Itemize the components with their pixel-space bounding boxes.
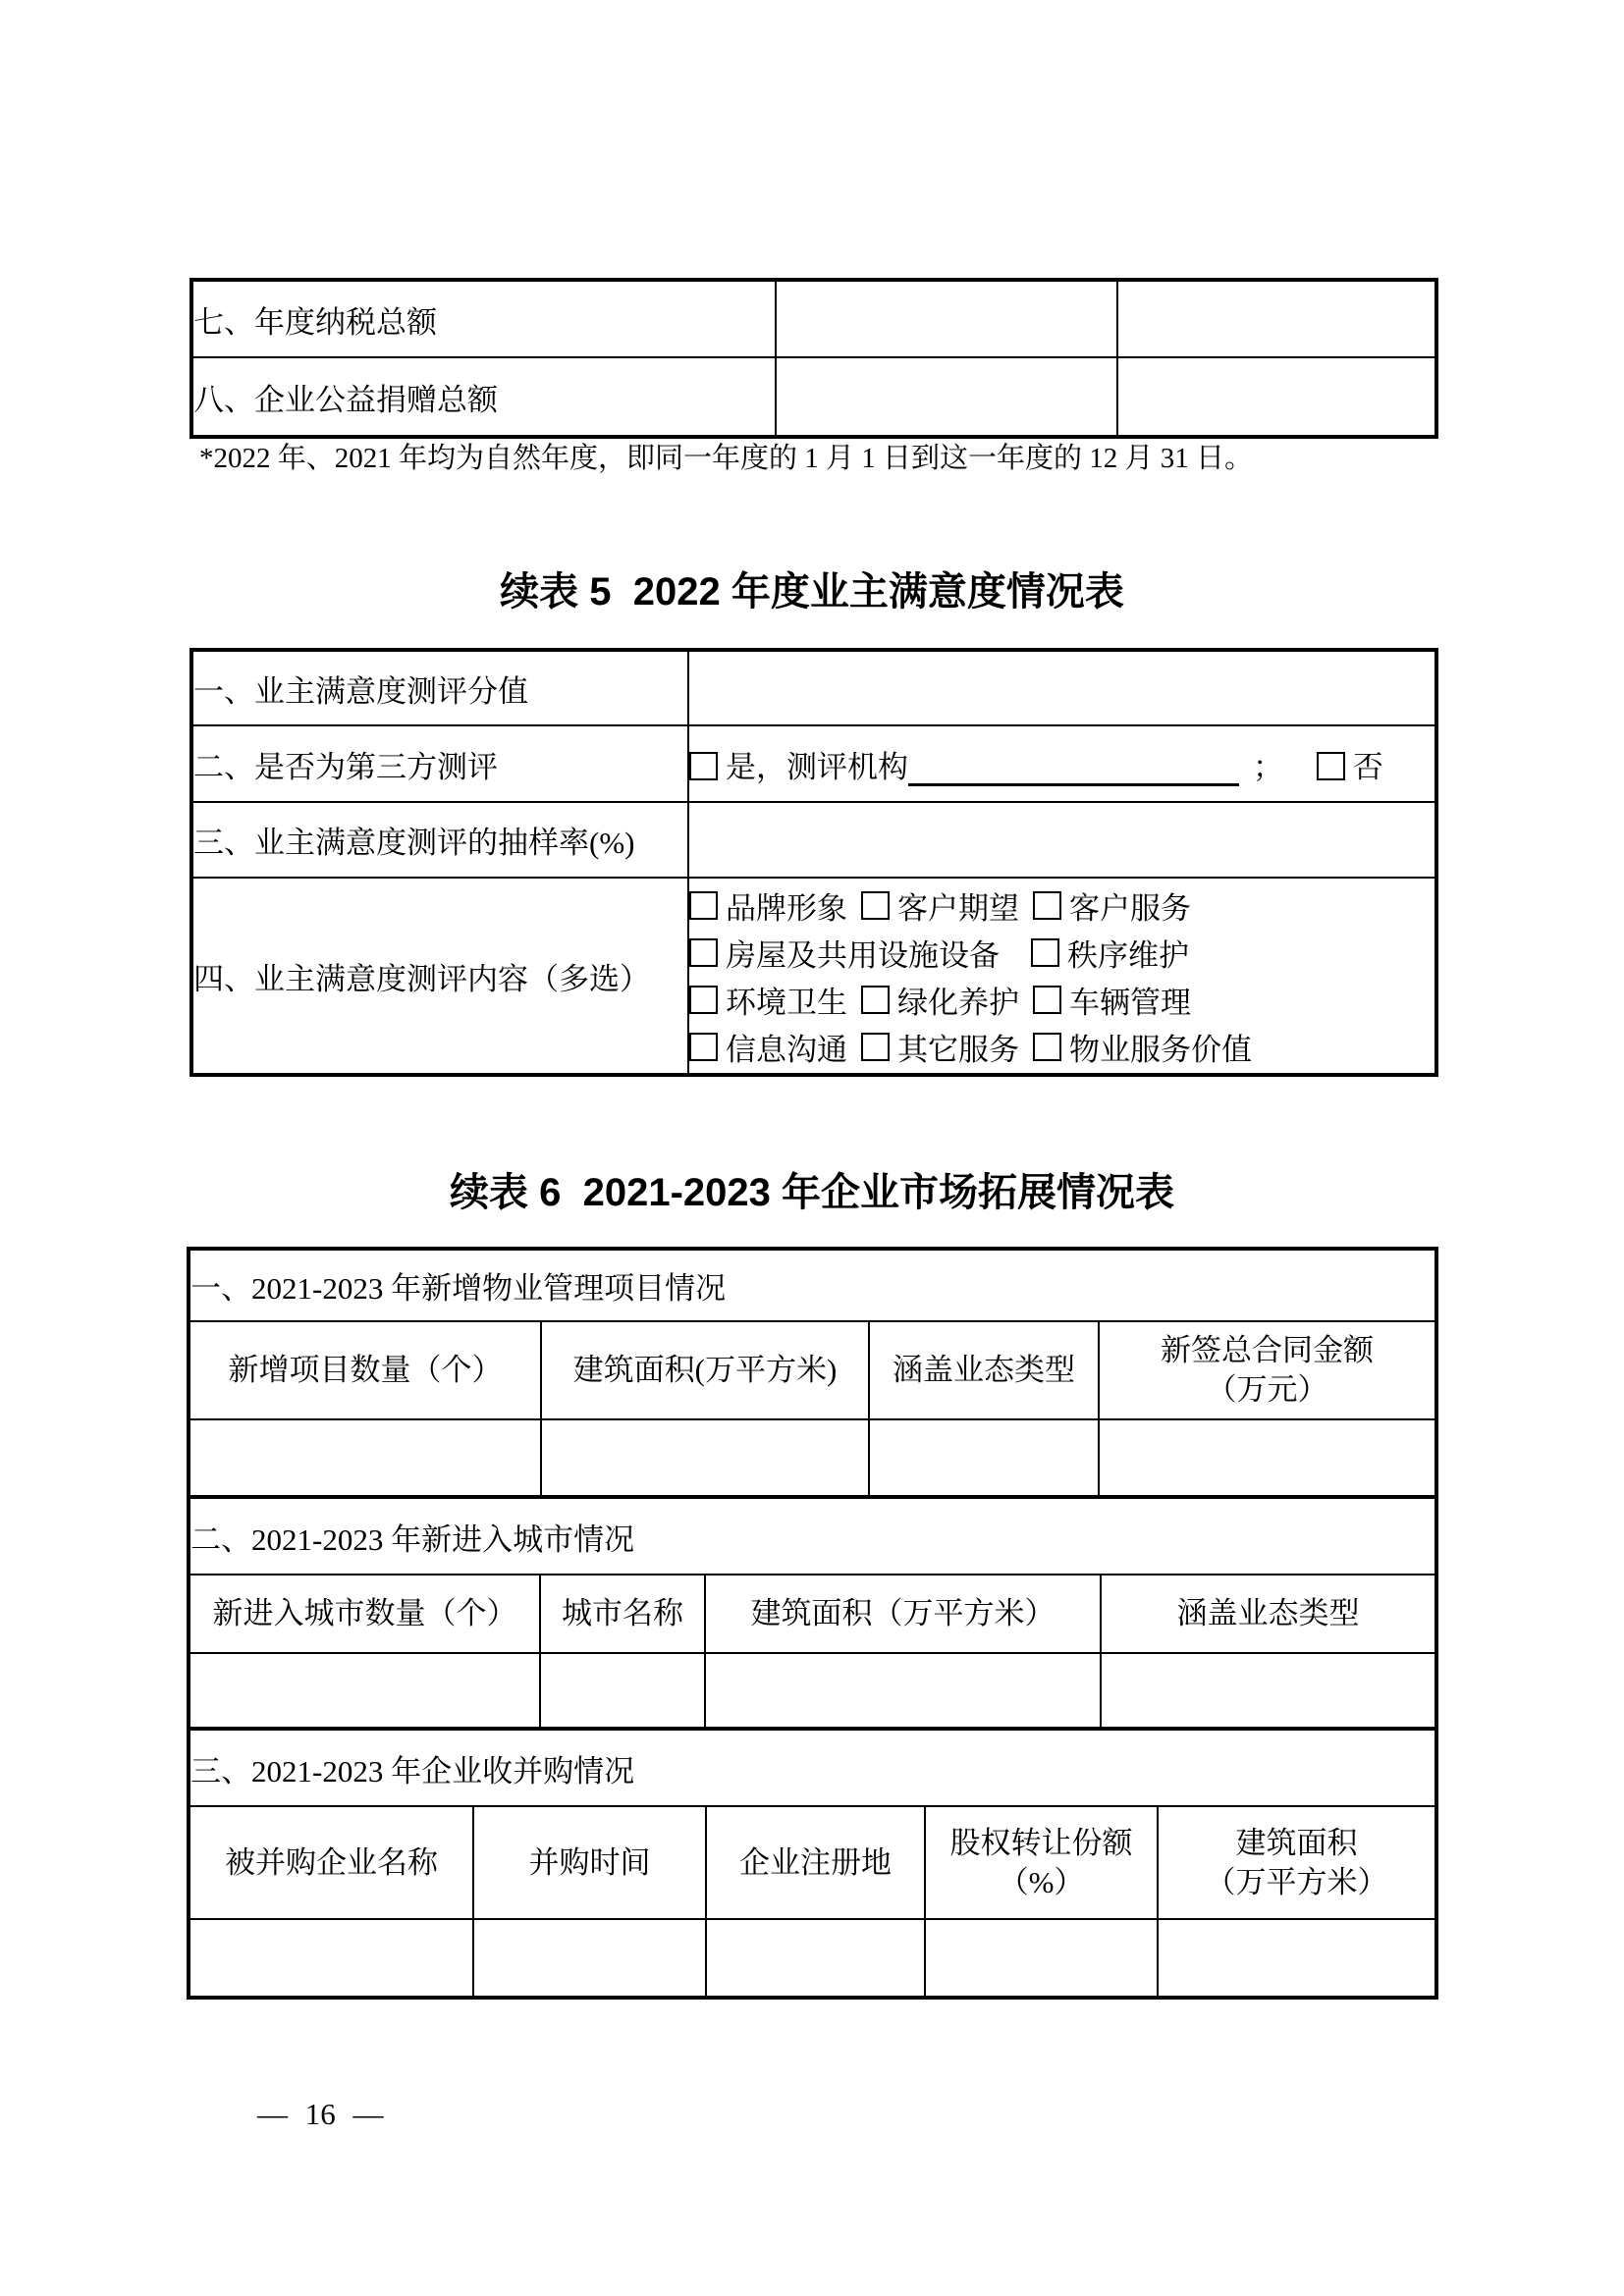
col-header-acquisition-time: 并购时间: [473, 1806, 706, 1919]
empty-cell: [190, 1919, 473, 1996]
option-item: 客户期望: [861, 883, 1019, 928]
header-line-1: 股权转让份额: [926, 1824, 1157, 1863]
footnote-natural-year: *2022 年、2021 年均为自然年度，即同一年度的 1 月 1 日到这一年度…: [199, 441, 1456, 476]
option-label: 物业服务价值: [1069, 1025, 1252, 1069]
option-label: 环境卫生: [726, 978, 847, 1022]
checkbox-icon[interactable]: [689, 891, 718, 920]
option-label: 房屋及共用设施设备: [726, 931, 1000, 975]
option-item: 房屋及共用设施设备: [689, 931, 1000, 975]
option-item: 车辆管理: [1033, 978, 1191, 1022]
section2-header: 二、2021-2023 年新进入城市情况: [190, 1498, 1435, 1575]
col-header-acquired-company: 被并购企业名称: [190, 1806, 473, 1919]
col-header-new-city-count: 新进入城市数量（个）: [190, 1575, 540, 1653]
document-page: 七、年度纳税总额 八、企业公益捐赠总额 *2022 年、2021 年均为自然年度…: [0, 0, 1624, 2296]
evaluation-agency-blank-field[interactable]: [908, 750, 1239, 786]
empty-cell: [869, 1419, 1099, 1496]
option-label: 信息沟通: [726, 1025, 847, 1069]
options-line-3: 环境卫生 绿化养护 车辆管理: [689, 976, 1435, 1023]
col-header-registration-place: 企业注册地: [706, 1806, 925, 1919]
section-header-row: 三、2021-2023 年企业收并购情况: [190, 1730, 1435, 1806]
option-item: 物业服务价值: [1033, 1025, 1252, 1069]
section-new-projects: 一、2021-2023 年新增物业管理项目情况 新增项目数量（个） 建筑面积(万…: [190, 1251, 1435, 1497]
empty-cell: [688, 650, 1436, 725]
row-label-evaluation-content: 四、业主满意度测评内容（多选）: [191, 878, 688, 1075]
table-row: 二、是否为第三方测评 是，测评机构； 否: [191, 725, 1436, 802]
section-header-row: 一、2021-2023 年新增物业管理项目情况: [190, 1251, 1435, 1321]
col-header-equity-share: 股权转让份额 （%）: [925, 1806, 1158, 1919]
checkbox-icon[interactable]: [1033, 891, 1061, 920]
table-row: 四、业主满意度测评内容（多选） 品牌形象 客户期望 客户服务 房屋及共用设施设备…: [191, 878, 1436, 1075]
checkbox-icon[interactable]: [689, 938, 718, 967]
checkbox-icon[interactable]: [861, 891, 890, 920]
table-row: 七、年度纳税总额: [191, 280, 1436, 357]
semicolon-separator: ；: [1253, 750, 1283, 784]
table-row: [190, 1653, 1435, 1728]
option-label: 绿化养护: [897, 978, 1019, 1022]
empty-cell: [925, 1919, 1158, 1996]
option-item: 绿化养护: [861, 978, 1019, 1022]
column-header-row: 新进入城市数量（个） 城市名称 建筑面积（万平方米） 涵盖业态类型: [190, 1575, 1435, 1653]
col-header-building-area: 建筑面积（万平方米）: [705, 1575, 1101, 1653]
empty-cell: [540, 1653, 705, 1728]
empty-cell: [1117, 280, 1436, 357]
third-party-answer-cell: 是，测评机构； 否: [688, 725, 1436, 802]
column-header-row: 新增项目数量（个） 建筑面积(万平方米) 涵盖业态类型 新签总合同金额 （万元）: [190, 1321, 1435, 1419]
row-label-satisfaction-score: 一、业主满意度测评分值: [191, 650, 688, 725]
col-header-building-area: 建筑面积 （万平方米）: [1158, 1806, 1435, 1919]
empty-cell: [190, 1653, 540, 1728]
option-item: 秩序维护: [1031, 931, 1189, 975]
table-row: 一、业主满意度测评分值: [191, 650, 1436, 725]
checkbox-icon-no[interactable]: [1317, 752, 1345, 780]
checkbox-icon[interactable]: [1033, 1033, 1061, 1061]
empty-cell: [776, 280, 1117, 357]
option-item: 客户服务: [1033, 883, 1191, 928]
option-label: 车辆管理: [1069, 978, 1191, 1022]
column-header-row: 被并购企业名称 并购时间 企业注册地 股权转让份额 （%） 建筑面积 （万平方米…: [190, 1806, 1435, 1919]
header-line-1: 建筑面积: [1159, 1824, 1435, 1863]
empty-cell: [688, 802, 1436, 878]
third-party-no-label: 否: [1353, 750, 1383, 784]
option-label: 秩序维护: [1067, 931, 1189, 975]
options-line-2: 房屋及共用设施设备 秩序维护: [689, 929, 1435, 976]
table5-title: 续表 5 2022 年度业主满意度情况表: [0, 569, 1624, 614]
table-row: 三、业主满意度测评的抽样率(%): [191, 802, 1436, 878]
option-label: 客户服务: [1069, 883, 1191, 928]
options-line-4: 信息沟通 其它服务 物业服务价值: [689, 1023, 1435, 1070]
option-label: 品牌形象: [726, 883, 847, 928]
options-line-1: 品牌形象 客户期望 客户服务: [689, 881, 1435, 929]
section-new-cities: 二、2021-2023 年新进入城市情况 新进入城市数量（个） 城市名称 建筑面…: [190, 1497, 1435, 1729]
empty-cell: [1117, 357, 1436, 437]
col-header-building-area: 建筑面积(万平方米): [541, 1321, 869, 1419]
row-label-annual-tax: 七、年度纳税总额: [191, 280, 776, 357]
section3-header: 三、2021-2023 年企业收并购情况: [190, 1730, 1435, 1806]
header-line-2: （万元）: [1100, 1370, 1435, 1410]
col-header-business-types: 涵盖业态类型: [1101, 1575, 1435, 1653]
empty-cell: [473, 1919, 706, 1996]
section-header-row: 二、2021-2023 年新进入城市情况: [190, 1498, 1435, 1575]
col-header-city-name: 城市名称: [540, 1575, 705, 1653]
option-item: 其它服务: [861, 1025, 1019, 1069]
empty-cell: [776, 357, 1117, 437]
col-header-business-types: 涵盖业态类型: [869, 1321, 1099, 1419]
evaluation-content-options-cell: 品牌形象 客户期望 客户服务 房屋及共用设施设备 秩序维护 环境卫生 绿化养护 …: [688, 878, 1436, 1075]
row-label-sampling-rate: 三、业主满意度测评的抽样率(%): [191, 802, 688, 878]
option-label: 客户期望: [897, 883, 1019, 928]
checkbox-icon-yes[interactable]: [689, 752, 718, 780]
table-row: [190, 1419, 1435, 1496]
empty-cell: [1158, 1919, 1435, 1996]
header-line-2: （万平方米）: [1159, 1863, 1435, 1902]
empty-cell: [190, 1419, 541, 1496]
empty-cell: [705, 1653, 1101, 1728]
header-line-1: 新签总合同金额: [1100, 1331, 1435, 1370]
empty-cell: [1101, 1653, 1435, 1728]
row-label-third-party: 二、是否为第三方测评: [191, 725, 688, 802]
market-expansion-table: 一、2021-2023 年新增物业管理项目情况 新增项目数量（个） 建筑面积(万…: [187, 1247, 1438, 2000]
table-row: [190, 1919, 1435, 1996]
checkbox-icon[interactable]: [861, 1033, 890, 1061]
option-label: 其它服务: [897, 1025, 1019, 1069]
table6-title: 续表 6 2021-2023 年企业市场拓展情况表: [0, 1170, 1624, 1215]
section1-header: 一、2021-2023 年新增物业管理项目情况: [190, 1251, 1435, 1321]
empty-cell: [706, 1919, 925, 1996]
checkbox-icon[interactable]: [1033, 986, 1061, 1014]
row-label-charity-donation: 八、企业公益捐赠总额: [191, 357, 776, 437]
page-number: — 16 —: [257, 2097, 384, 2132]
checkbox-icon[interactable]: [689, 986, 718, 1014]
third-party-yes-label: 是，测评机构: [726, 750, 908, 784]
checkbox-icon[interactable]: [861, 986, 890, 1014]
section-mergers-acquisitions: 三、2021-2023 年企业收并购情况 被并购企业名称 并购时间 企业注册地 …: [190, 1729, 1435, 1996]
col-header-new-contract-amount: 新签总合同金额 （万元）: [1099, 1321, 1435, 1419]
option-item: 品牌形象: [689, 883, 847, 928]
header-line-2: （%）: [926, 1863, 1157, 1902]
checkbox-icon[interactable]: [1031, 938, 1059, 967]
option-item: 信息沟通: [689, 1025, 847, 1069]
checkbox-icon[interactable]: [689, 1033, 718, 1061]
table-row: 八、企业公益捐赠总额: [191, 357, 1436, 437]
empty-cell: [1099, 1419, 1435, 1496]
option-item: 环境卫生: [689, 978, 847, 1022]
empty-cell: [541, 1419, 869, 1496]
owner-satisfaction-table: 一、业主满意度测评分值 二、是否为第三方测评 是，测评机构； 否 三、业主满意度…: [189, 648, 1438, 1077]
tax-donation-table: 七、年度纳税总额 八、企业公益捐赠总额: [189, 278, 1438, 439]
col-header-new-project-count: 新增项目数量（个）: [190, 1321, 541, 1419]
